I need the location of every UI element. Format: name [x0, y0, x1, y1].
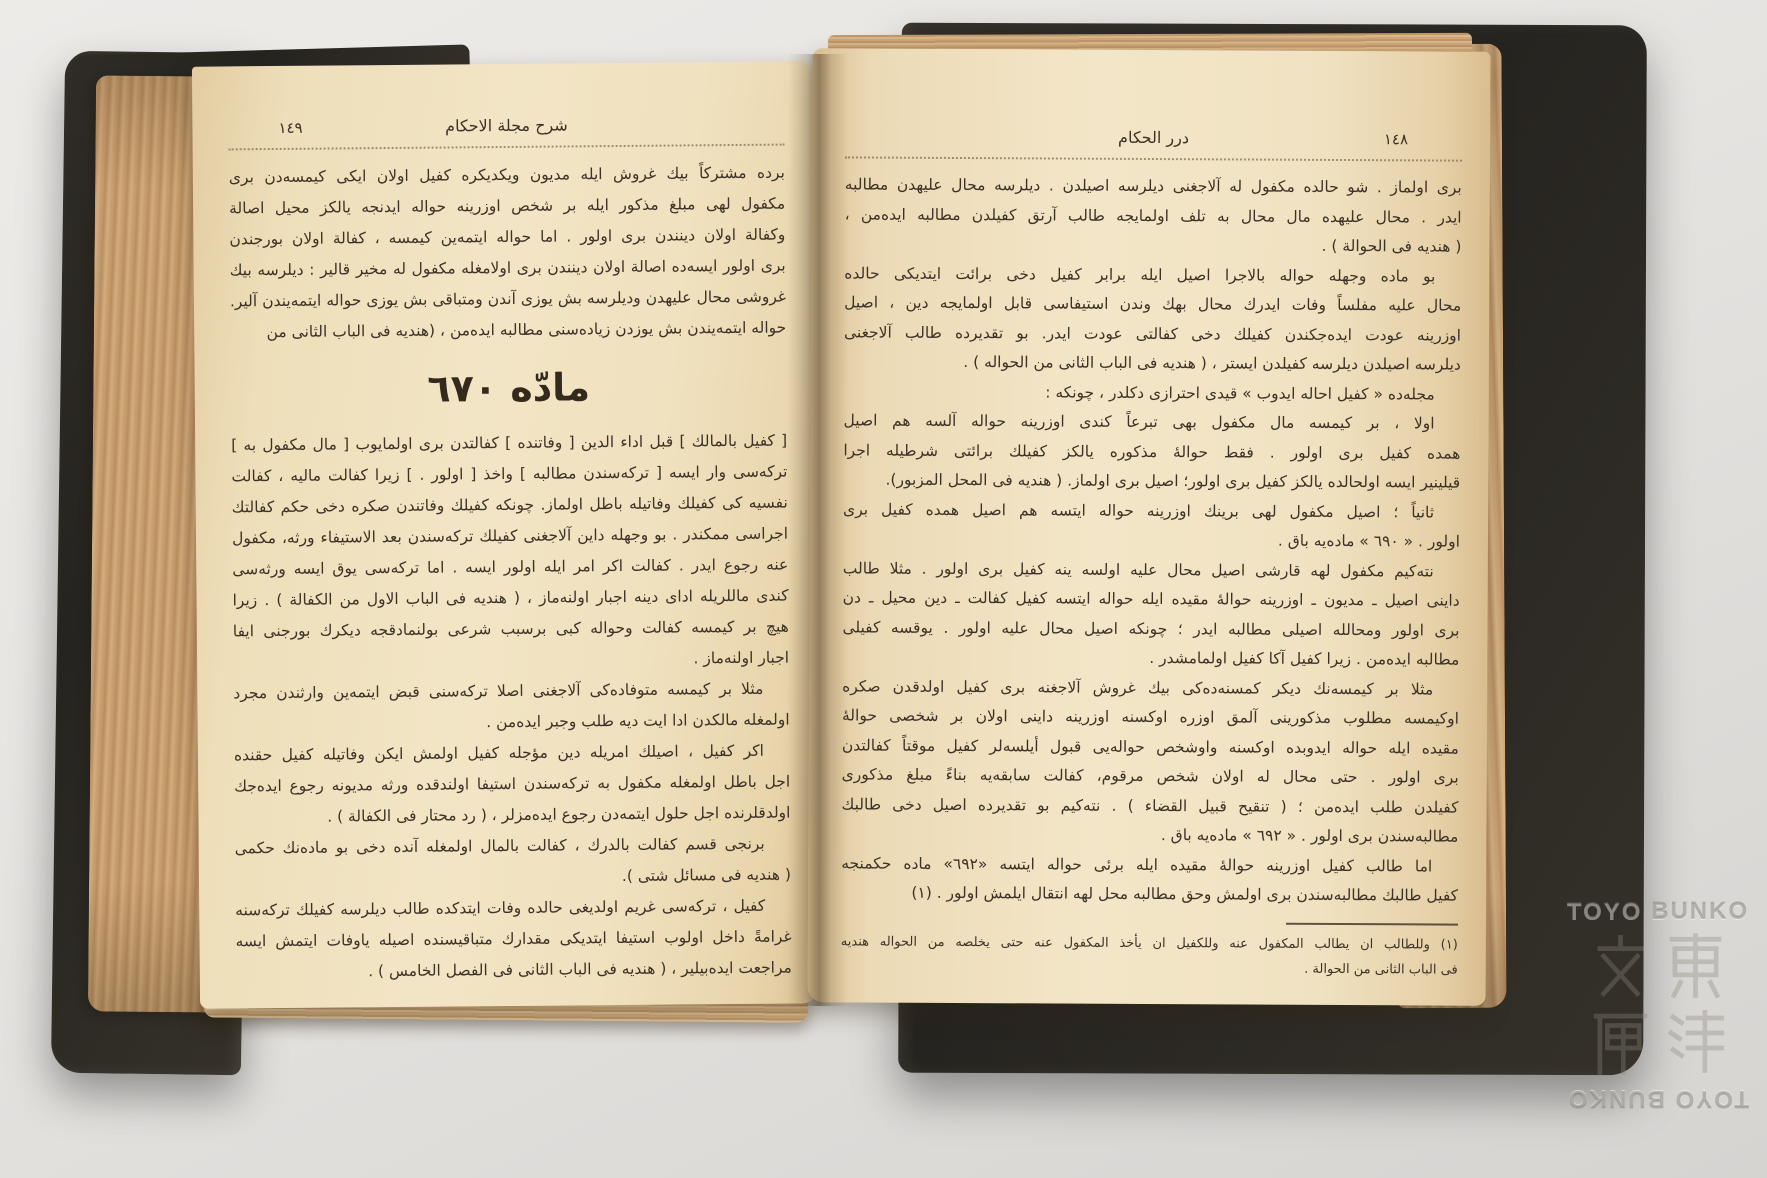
text-line: مثلا بر كيمسه متوفاده‌كى آلاجغنى اصلا تر…	[233, 674, 789, 710]
text-line: برى اولماز . شو حالده مكفول له آلاجغنى د…	[845, 170, 1462, 203]
text-line: برى اولور ومحالله اصيلى مطالبه ايدر ؛ چو…	[842, 613, 1459, 646]
photo-background: ١٤٩ شرح مجلة الاحكام برده مشتركاً بيك غر…	[0, 0, 1767, 1178]
text-line: وكفالة اولان دينندن برى اولور . اما حوال…	[229, 220, 785, 256]
text-line: مكفول لهى مبلغ مذكور ايله بر شخص اوزرينه…	[229, 189, 785, 225]
text-line: محال عليه مفلساً وفات ايدرك محال بهك وند…	[844, 288, 1461, 321]
left-running-title: شرح مجلة الاحكام	[445, 115, 568, 135]
text-line: كفيل ، تركه‌سى غريم اولديغى حالده وفات ا…	[235, 891, 791, 927]
text-line: اوزرينه عودت ايده‌جكندن كفيلك دخى كفالتى…	[844, 318, 1461, 351]
text-line: نفسيه كى كفيلك وفاتيله باطل اولماز. چونك…	[232, 488, 788, 524]
text-line: ( هنديه فى الحوالة ) .	[844, 229, 1461, 262]
footnote: (١) وللطالب ان يطالب المكفول عنه وللكفيل…	[841, 920, 1458, 982]
text-line: برى اولور . حتى محال له اولان شخص مرقوم،…	[842, 760, 1459, 793]
left-page-number: ١٤٩	[278, 119, 302, 137]
footnote-rule	[1286, 922, 1458, 925]
text-line: اولور . « ٦٩٠ » ماده‌يه باق .	[843, 524, 1460, 557]
text-line: اولمغله مالكدن ادا ايت ديه طلب وجبر ايده…	[234, 705, 790, 741]
text-line: اجبار اولنه‌ماز .	[233, 643, 789, 679]
text-line: تركه‌سى وار ايسه [ تركه‌سندن مطالبه ] وا…	[231, 457, 787, 493]
text-line: مراجعت ايده‌بيلير ، ( هنديه فى الباب الث…	[236, 953, 792, 989]
text-line: هيچ بر كيمسه كفالت وحواله كبى برسبب شرعى…	[233, 612, 789, 648]
text-line: بو ماده وجهله حواله بالاجرا اصيل ايله بر…	[844, 259, 1461, 292]
text-line: ايدر . محال عليهده مال محال به تلف اولما…	[845, 200, 1462, 233]
text-line: همده كفيل برى اولور . فقط حوالهٔ مذكوره …	[843, 436, 1460, 469]
text-line: مقيده ايله حواله ايدوبده اوكسنه واوشخص ح…	[842, 731, 1459, 764]
text-line: مطالبه ايده‌من . زيرا كفيل آكا كفيل اولم…	[842, 642, 1459, 675]
text-line: قيلينير ايسه اولحالده يالكز كفيل برى اول…	[843, 465, 1460, 498]
right-page-number: ١٤٨	[1384, 130, 1408, 148]
watermark-bottom-text: TOYO BUNKO	[1562, 1084, 1754, 1112]
text-line: اكر كفيل ، اصيلك امريله دين مؤجله كفيل ا…	[234, 736, 790, 772]
left-page-header: ١٤٩ شرح مجلة الاحكام	[228, 112, 784, 149]
right-page-header: ١٤٨ درر الحكام	[845, 124, 1462, 159]
text-line: داينى اصيل ـ مديون ـ اوزرينه حوالهٔ مقيد…	[843, 583, 1460, 616]
right-running-title: درر الحكام	[1118, 128, 1189, 147]
text-line: عنه رجوع ايدر . كفالت اكر امر ايله اولور…	[232, 550, 788, 586]
text-line: اما طالب كفيل اوزرينه حوالهٔ مقيده ايله …	[841, 849, 1458, 882]
footnote-body: (١) وللطالب ان يطالب المكفول عنه وللكفيل…	[841, 929, 1458, 982]
text-line: مطالبه‌سندن برى اولور . « ٦٩٢ » ماده‌يه …	[841, 819, 1458, 852]
text-line: برده مشتركاً بيك غروش ايله مديون ويكديكر…	[229, 158, 785, 194]
text-line: غروشى محال عليهدن وديلرسه بش يوزى آندن و…	[230, 282, 786, 318]
article-heading: مادّه ٦٧٠	[230, 354, 787, 423]
footnote-line: فى الباب الثانى من الحوالة .	[841, 954, 1458, 982]
left-page-body: برده مشتركاً بيك غروش ايله مديون ويكديكر…	[229, 158, 792, 989]
right-page: ١٤٨ درر الحكام برى اولماز . شو حالده مكف…	[808, 48, 1491, 1006]
text-line: كفيلدن طلب ايده‌من ؛ ( تنقيح قبيل القضاء…	[841, 790, 1458, 823]
text-line: اجل باطل اولمغله مكفول به تركه‌سندن استي…	[234, 767, 790, 803]
text-line: برنجى قسم كفالت بالدرك ، كفالت بالمال او…	[235, 829, 791, 865]
text-line: حواله ايتمه‌يندن بش يوزدن زياده‌سنى مطال…	[230, 313, 786, 349]
left-page: ١٤٩ شرح مجلة الاحكام برده مشتركاً بيك غر…	[192, 61, 820, 1008]
footnote-line: (١) وللطالب ان يطالب المكفول عنه وللكفيل…	[841, 929, 1458, 957]
text-line: اجراسى ممكندر . بو وجهله داين آلاجغنى كف…	[232, 519, 788, 555]
text-line: غرامةً داخل اولوب استيفا ايتديكى مقدارك …	[235, 922, 791, 958]
text-line: كفيل طالبك مطالبه‌سندن برى اولمش وحق مطا…	[841, 878, 1458, 911]
text-line: ديلرسه اصيلدن ديلرسه كفيلدن ايستر ، ( هن…	[844, 347, 1461, 380]
text-line: اوكيمسه مطلوب مذكورينى آلمق اوزره اوكسنه…	[842, 701, 1459, 734]
text-line: كندى ماللريله اداى دينه اجبار اولنه‌ماز …	[232, 581, 788, 617]
text-line: نته‌كيم مكفول لهه قارشى اصيل محال عليه ا…	[843, 554, 1460, 587]
text-line: مثلا بر كيمسه‌نك ديكر كمسنه‌ده‌كى بيك غر…	[842, 672, 1459, 705]
text-line: ( هنديه فى مسائل شتى ).	[235, 860, 791, 896]
right-page-body: برى اولماز . شو حالده مكفول له آلاجغنى د…	[841, 170, 1462, 911]
text-line: برى اولور ايسه‌ده اصالة اولان دينندن برى…	[230, 251, 786, 287]
text-line: اولا ، بر كيمسه مال مكفول بهى تبرعاً كند…	[843, 406, 1460, 439]
text-line: اولدقلرنده اجل حلول ايتمه‌دن رجوع ايده‌م…	[234, 798, 790, 834]
text-line: ثانياً ؛ اصيل مكفول لهى برينك اوزرينه حو…	[843, 495, 1460, 528]
text-line: مجله‌ده « كفيل احاله ايدوب » قيدى احتراز…	[844, 377, 1461, 410]
text-line: [ كفيل بالمالك ] قبل اداء الدين [ وفاتند…	[231, 426, 787, 462]
